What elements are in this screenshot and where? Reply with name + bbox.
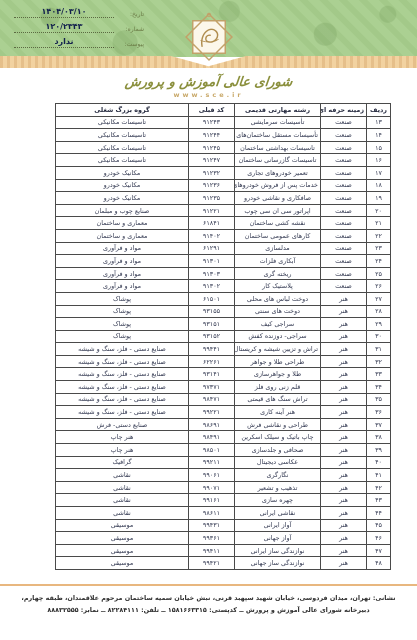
table-cell: ۱۷: [367, 166, 391, 179]
table-row: ۳۵هنرتراش سنگ های قیمتی۹۸۴۷۱صنایع دستی -…: [56, 393, 391, 406]
footer-address-line1: نشانی: تهران، میدان فردوسی، خیابان شهید …: [0, 592, 417, 604]
date-label: تاریخ:: [118, 11, 144, 18]
table-cell: ۹۸۶۱۱: [189, 507, 235, 520]
table-cell: ۳۹: [367, 444, 391, 457]
letterhead-band: تاریخ: ۱۴۰۴/۰۳/۱۰ شماره: ۱۲۰/۲۳۴۳ پیوست:…: [0, 0, 417, 57]
table-cell: هنر چاپ: [56, 444, 189, 457]
footer-address-line2: دبیرخانه شورای عالی آموزش و پرورش ــ کدپ…: [0, 604, 417, 616]
table-header-row: ردیفزمینه حرفه ایرشته مهارتی قدیمیکد قبل…: [56, 104, 391, 117]
table-row: ۳۴هنرقلم زنی روی فلز۹۷۳۷۱صنایع دستی - فل…: [56, 381, 391, 394]
table-cell: ۹۱۲۳۲: [189, 166, 235, 179]
table-cell: طراحی و نقاشی فرش: [235, 418, 321, 431]
table-cell: کارهای عمومی ساختمان: [235, 229, 321, 242]
table-cell: ۶۱۲۹۱: [189, 242, 235, 255]
number-label: شماره:: [118, 26, 144, 33]
table-cell: ۲۱: [367, 217, 391, 230]
table-cell: ۹۹۴۳۱: [189, 519, 235, 532]
table-cell: معماری و ساختمان: [56, 229, 189, 242]
attachment-value: ندارد: [14, 37, 114, 48]
table-cell: ۴۴: [367, 507, 391, 520]
table-cell: چاپ باتیک و سیلک اسکرین: [235, 431, 321, 444]
table-cell: هنر: [321, 305, 367, 318]
table-cell: هنر: [321, 519, 367, 532]
table-row: ۳۸هنرچاپ باتیک و سیلک اسکرین۹۸۴۹۱هنر چاپ: [56, 431, 391, 444]
table-cell: ۴۷: [367, 544, 391, 557]
table-cell: نقاشی: [56, 481, 189, 494]
table-cell: ۱۳: [367, 116, 391, 129]
table-cell: پوشاک: [56, 292, 189, 305]
table-cell: تاسیسات بهداشتی ساختمان: [235, 141, 321, 154]
table-cell: ۹۱۲۴۷: [189, 154, 235, 167]
table-cell: ۴۰: [367, 456, 391, 469]
table-cell: طلا و جواهرسازی: [235, 368, 321, 381]
table-cell: ۲۵: [367, 267, 391, 280]
table-cell: تأسیسات سرمایشی: [235, 116, 321, 129]
table-cell: هنر: [321, 418, 367, 431]
table-row: ۱۶صنعتتاسیسات گازرسانی ساختمان۹۱۲۴۷تاسیس…: [56, 154, 391, 167]
table-cell: صنایع دستی - فلز، سنگ و شیشه: [56, 355, 189, 368]
table-cell: صنایع دستی - فلز، سنگ و شیشه: [56, 393, 189, 406]
table-cell: ۹۸۴۷۱: [189, 393, 235, 406]
table-cell: هنر: [321, 494, 367, 507]
table-cell: هنر: [321, 292, 367, 305]
org-title: شورای عالی آموزش و پرورش: [124, 75, 293, 90]
table-cell: ۴۱: [367, 469, 391, 482]
table-cell: ۳۱: [367, 343, 391, 356]
table-cell: ۳۸: [367, 431, 391, 444]
table-cell: ۹۹۰۶۱: [189, 469, 235, 482]
table-cell: ۹۹۱۶۱: [189, 494, 235, 507]
table-cell: صحافی و جلدسازی: [235, 444, 321, 457]
table-row: ۳۲هنرطراحی طلا و جواهر۶۲۲۶۱صنایع دستی - …: [56, 355, 391, 368]
table-cell: ۹۱۳۰۳: [189, 267, 235, 280]
table-cell: مکانیک خودرو: [56, 179, 189, 192]
table-row: ۴۳هنرچهره سازی۹۹۱۶۱نقاشی: [56, 494, 391, 507]
table-row: ۴۴هنرنقاشی ایرانی۹۸۶۱۱نقاشی: [56, 507, 391, 520]
table-cell: ۹۹۴۱۱: [189, 544, 235, 557]
column-header: کد قبلی: [189, 104, 235, 117]
table-cell: ۱۶: [367, 154, 391, 167]
table-cell: ۳۶: [367, 406, 391, 419]
table-cell: ۴۲: [367, 481, 391, 494]
table-cell: ۹۸۵۰۱: [189, 444, 235, 457]
table-cell: صنعت: [321, 217, 367, 230]
table-row: ۲۷هنردوخت لباس های محلی۶۱۵۰۱پوشاک: [56, 292, 391, 305]
table-cell: ۹۷۳۷۱: [189, 381, 235, 394]
table-cell: ۲۹: [367, 318, 391, 331]
table-cell: ۲۰: [367, 204, 391, 217]
table-cell: ۹۱۲۴۳: [189, 116, 235, 129]
table-cell: مکانیک خودرو: [56, 192, 189, 205]
table-cell: ۹۱۲۴۵: [189, 141, 235, 154]
table-cell: هنر: [321, 557, 367, 570]
skills-table: ردیفزمینه حرفه ایرشته مهارتی قدیمیکد قبل…: [55, 103, 391, 570]
table-cell: ۹۹۲۲۱: [189, 406, 235, 419]
table-row: ۲۳صنعتمدلسازی۶۱۲۹۱مواد و فرآوری: [56, 242, 391, 255]
table-cell: ۹۱۲۲۱: [189, 204, 235, 217]
table-cell: صنعت: [321, 267, 367, 280]
table-cell: ۹۸۶۹۱: [189, 418, 235, 431]
column-header: گروه بزرگ شغلی: [56, 104, 189, 117]
table-row: ۲۵صنعتریخته گری۹۱۳۰۳مواد و فرآوری: [56, 267, 391, 280]
table-cell: هنر آینه کاری: [235, 406, 321, 419]
table-cell: هنر: [321, 469, 367, 482]
table-cell: صنایع دستی - فلز، سنگ و شیشه: [56, 381, 189, 394]
table-cell: گرافیک: [56, 456, 189, 469]
table-cell: تذهیب و تشعیر: [235, 481, 321, 494]
table-cell: ۹۳۱۵۱: [189, 318, 235, 331]
table-cell: ۹۹۰۷۱: [189, 481, 235, 494]
table-cell: پوشاک: [56, 330, 189, 343]
table-row: ۱۷صنعتتعمیر خودروهای تجاری۹۱۲۳۲مکانیک خو…: [56, 166, 391, 179]
table-cell: معماری و ساختمان: [56, 217, 189, 230]
table-cell: موسیقی: [56, 557, 189, 570]
org-emblem-icon: [180, 8, 238, 66]
table-cell: هنر: [321, 544, 367, 557]
table-cell: قلم زنی روی فلز: [235, 381, 321, 394]
table-cell: هنر: [321, 381, 367, 394]
table-row: ۳۶هنرهنر آینه کاری۹۹۲۲۱صنایع دستی - فلز،…: [56, 406, 391, 419]
table-cell: ۹۹۴۲۱: [189, 557, 235, 570]
table-cell: چهره سازی: [235, 494, 321, 507]
title-block: شورای عالی آموزش و پرورش www.sce.ir: [0, 71, 417, 99]
table-cell: ۳۳: [367, 368, 391, 381]
table-cell: صنعت: [321, 255, 367, 268]
table-cell: هنر: [321, 456, 367, 469]
table-cell: ۱۴: [367, 129, 391, 142]
table-cell: هنر: [321, 343, 367, 356]
table-cell: ۱۹: [367, 192, 391, 205]
table-cell: مکانیک خودرو: [56, 166, 189, 179]
table-cell: ۹۹۴۴۱: [189, 343, 235, 356]
table-cell: تاسیسات مکانیکی: [56, 116, 189, 129]
table-cell: صنایع دستی - فلز، سنگ و شیشه: [56, 343, 189, 356]
table-cell: موسیقی: [56, 519, 189, 532]
table-cell: هنر: [321, 406, 367, 419]
table-cell: ۹۳۱۵۲: [189, 330, 235, 343]
table-cell: تاسیسات مکانیکی: [56, 141, 189, 154]
table-cell: هنر: [321, 318, 367, 331]
table-cell: تراش و تزیین شیشه و کریستال: [235, 343, 321, 356]
date-field: تاریخ: ۱۴۰۴/۰۳/۱۰: [14, 7, 144, 18]
table-cell: ۳۴: [367, 381, 391, 394]
table-cell: پوشاک: [56, 318, 189, 331]
table-row: ۳۷هنرطراحی و نقاشی فرش۹۸۶۹۱صنایع دستی- ف…: [56, 418, 391, 431]
table-cell: صنعت: [321, 179, 367, 192]
table-cell: صنعت: [321, 141, 367, 154]
table-row: ۱۸صنعتخدمات پس از فروش خودروهای سبک۹۱۲۳۶…: [56, 179, 391, 192]
table-cell: تعمیر خودروهای تجاری: [235, 166, 321, 179]
table-cell: نقاشی: [56, 494, 189, 507]
table-row: ۱۵صنعتتاسیسات بهداشتی ساختمان۹۱۲۴۵تاسیسا…: [56, 141, 391, 154]
table-cell: سراجی کیف: [235, 318, 321, 331]
table-row: ۴۲هنرتذهیب و تشعیر۹۹۰۷۱نقاشی: [56, 481, 391, 494]
table-cell: ۹۱۲۳۶: [189, 179, 235, 192]
table-cell: صنایع دستی - فلز، سنگ و شیشه: [56, 406, 189, 419]
footer: نشانی: تهران، میدان فردوسی، خیابان شهید …: [0, 584, 417, 616]
table-cell: هنر: [321, 330, 367, 343]
table-cell: دوخت لباس های محلی: [235, 292, 321, 305]
table-cell: ۲۴: [367, 255, 391, 268]
number-value: ۱۲۰/۲۳۴۳: [14, 22, 114, 33]
letterhead-meta: تاریخ: ۱۴۰۴/۰۳/۱۰ شماره: ۱۲۰/۲۳۴۳ پیوست:…: [14, 7, 144, 52]
website-text: www.sce.ir: [0, 91, 417, 99]
table-cell: مدلسازی: [235, 242, 321, 255]
table-cell: پلاستیک کار: [235, 280, 321, 293]
column-header: زمینه حرفه ای: [321, 104, 367, 117]
table-cell: تراش سنگ های قیمتی: [235, 393, 321, 406]
table-cell: ۲۷: [367, 292, 391, 305]
date-value: ۱۴۰۴/۰۳/۱۰: [14, 7, 114, 18]
table-cell: ۹۱۲۴۴: [189, 129, 235, 142]
table-row: ۲۹هنرسراجی کیف۹۳۱۵۱پوشاک: [56, 318, 391, 331]
table-cell: ۱۸: [367, 179, 391, 192]
table-cell: صنعت: [321, 242, 367, 255]
table-cell: صافکاری و نقاشی خودرو: [235, 192, 321, 205]
table-cell: اپراتور سی ان سی چوب: [235, 204, 321, 217]
table-row: ۴۰هنرعکاسی دیجیتال۹۹۲۱۱گرافیک: [56, 456, 391, 469]
table-row: ۴۶هنرآواز جهانی۹۹۳۶۱موسیقی: [56, 532, 391, 545]
table-row: ۲۱صنعتنقشه کشی ساختمان۶۱۸۴۱معماری و ساخت…: [56, 217, 391, 230]
table-row: ۳۳هنرطلا و جواهرسازی۹۳۱۴۱صنایع دستی - فل…: [56, 368, 391, 381]
table-cell: ریخته گری: [235, 267, 321, 280]
table-row: ۴۸هنرنوازندگی ساز جهانی۹۹۴۲۱موسیقی: [56, 557, 391, 570]
table-cell: هنر: [321, 507, 367, 520]
table-row: ۱۴صنعتتأسیسات مستقل ساختمان‌های مسکونی۹۱…: [56, 129, 391, 142]
table-cell: ۱۵: [367, 141, 391, 154]
table-cell: نگارگری: [235, 469, 321, 482]
table-row: ۴۷هنرنوازندگی ساز ایرانی۹۹۴۱۱موسیقی: [56, 544, 391, 557]
attachment-field: پیوست: ندارد: [14, 37, 144, 48]
table-cell: موسیقی: [56, 532, 189, 545]
table-cell: ۴۳: [367, 494, 391, 507]
table-cell: نوازندگی ساز جهانی: [235, 557, 321, 570]
table-row: ۱۹صنعتصافکاری و نقاشی خودرو۹۱۲۳۵مکانیک خ…: [56, 192, 391, 205]
table-cell: ۳۰: [367, 330, 391, 343]
table-cell: ۹۱۳۰۲: [189, 280, 235, 293]
table-cell: هنر: [321, 368, 367, 381]
table-cell: صنعت: [321, 154, 367, 167]
number-field: شماره: ۱۲۰/۲۳۴۳: [14, 22, 144, 33]
table-cell: طراحی طلا و جواهر: [235, 355, 321, 368]
table-cell: ۲۶: [367, 280, 391, 293]
table-row: ۲۲صنعتکارهای عمومی ساختمان۹۱۴۰۲معماری و …: [56, 229, 391, 242]
table-cell: مواد و فرآوری: [56, 255, 189, 268]
table-cell: هنر: [321, 532, 367, 545]
table-cell: ۶۱۸۴۱: [189, 217, 235, 230]
table-cell: ۹۱۳۰۱: [189, 255, 235, 268]
table-row: ۱۳صنعتتأسیسات سرمایشی۹۱۲۴۳تاسیسات مکانیک…: [56, 116, 391, 129]
table-cell: ۲۲: [367, 229, 391, 242]
table-cell: ۴۶: [367, 532, 391, 545]
table-cell: ۲۸: [367, 305, 391, 318]
table-cell: ۹۹۲۱۱: [189, 456, 235, 469]
table-cell: ۹۱۲۳۵: [189, 192, 235, 205]
table-cell: صنعت: [321, 280, 367, 293]
table-row: ۲۸هنردوخت های سنتی۹۳۱۵۵پوشاک: [56, 305, 391, 318]
table-cell: هنر: [321, 431, 367, 444]
table-cell: ۶۱۵۰۱: [189, 292, 235, 305]
table-cell: مواد و فرآوری: [56, 242, 189, 255]
table-cell: مواد و فرآوری: [56, 280, 189, 293]
column-header: ردیف: [367, 104, 391, 117]
table-row: ۲۰صنعتاپراتور سی ان سی چوب۹۱۲۲۱صنایع چوب…: [56, 204, 391, 217]
table-cell: هنر: [321, 393, 367, 406]
table-cell: نقاشی ایرانی: [235, 507, 321, 520]
table-cell: صنایع دستی- فرش: [56, 418, 189, 431]
table-cell: ۳۷: [367, 418, 391, 431]
table-cell: ۴۵: [367, 519, 391, 532]
table-cell: ۹۹۳۶۱: [189, 532, 235, 545]
table-cell: دوخت های سنتی: [235, 305, 321, 318]
letter-page: تاریخ: ۱۴۰۴/۰۳/۱۰ شماره: ۱۲۰/۲۳۴۳ پیوست:…: [0, 0, 417, 640]
table-cell: تاسیسات مکانیکی: [56, 129, 189, 142]
table-cell: هنر چاپ: [56, 431, 189, 444]
attachment-label: پیوست:: [118, 41, 144, 48]
table-cell: صنعت: [321, 116, 367, 129]
table-cell: صنعت: [321, 192, 367, 205]
table-cell: صنعت: [321, 204, 367, 217]
table-cell: ۶۲۲۶۱: [189, 355, 235, 368]
table-cell: هنر: [321, 355, 367, 368]
table-cell: ۳۵: [367, 393, 391, 406]
footer-divider: [0, 584, 417, 586]
table-cell: هنر: [321, 481, 367, 494]
table-cell: ۹۸۴۹۱: [189, 431, 235, 444]
table-row: ۴۵هنرآواز ایرانی۹۹۴۳۱موسیقی: [56, 519, 391, 532]
table-cell: هنر: [321, 444, 367, 457]
table-cell: آبکاری فلزات: [235, 255, 321, 268]
table-cell: ۲۳: [367, 242, 391, 255]
table-cell: عکاسی دیجیتال: [235, 456, 321, 469]
table-row: ۲۴صنعتآبکاری فلزات۹۱۳۰۱مواد و فرآوری: [56, 255, 391, 268]
table-cell: سراجی- دوزنده کفش: [235, 330, 321, 343]
table-cell: تاسیسات مکانیکی: [56, 154, 189, 167]
table-cell: ۹۳۱۴۱: [189, 368, 235, 381]
table-cell: ۳۲: [367, 355, 391, 368]
table-cell: خدمات پس از فروش خودروهای سبک: [235, 179, 321, 192]
table-cell: نقاشی: [56, 507, 189, 520]
table-row: ۳۹هنرصحافی و جلدسازی۹۸۵۰۱هنر چاپ: [56, 444, 391, 457]
column-header: رشته مهارتی قدیمی: [235, 104, 321, 117]
table-cell: نقشه کشی ساختمان: [235, 217, 321, 230]
table-cell: تأسیسات مستقل ساختمان‌های مسکونی: [235, 129, 321, 142]
table-cell: صنعت: [321, 166, 367, 179]
table-cell: صنایع چوب و مبلمان: [56, 204, 189, 217]
table-row: ۲۶صنعتپلاستیک کار۹۱۳۰۲مواد و فرآوری: [56, 280, 391, 293]
table-cell: تاسیسات گازرسانی ساختمان: [235, 154, 321, 167]
table-row: ۳۰هنرسراجی- دوزنده کفش۹۳۱۵۲پوشاک: [56, 330, 391, 343]
table-cell: ۹۱۴۰۲: [189, 229, 235, 242]
table-cell: صنعت: [321, 129, 367, 142]
table-cell: صنایع دستی - فلز، سنگ و شیشه: [56, 368, 189, 381]
table-cell: آواز ایرانی: [235, 519, 321, 532]
table-cell: نوازندگی ساز ایرانی: [235, 544, 321, 557]
table-cell: موسیقی: [56, 544, 189, 557]
table-row: ۴۱هنرنگارگری۹۹۰۶۱نقاشی: [56, 469, 391, 482]
table-row: ۳۱هنرتراش و تزیین شیشه و کریستال۹۹۴۴۱صنا…: [56, 343, 391, 356]
table-cell: صنعت: [321, 229, 367, 242]
table-cell: ۹۳۱۵۵: [189, 305, 235, 318]
table-cell: نقاشی: [56, 469, 189, 482]
table-cell: پوشاک: [56, 305, 189, 318]
table-cell: ۴۸: [367, 557, 391, 570]
table-cell: آواز جهانی: [235, 532, 321, 545]
table-cell: مواد و فرآوری: [56, 267, 189, 280]
